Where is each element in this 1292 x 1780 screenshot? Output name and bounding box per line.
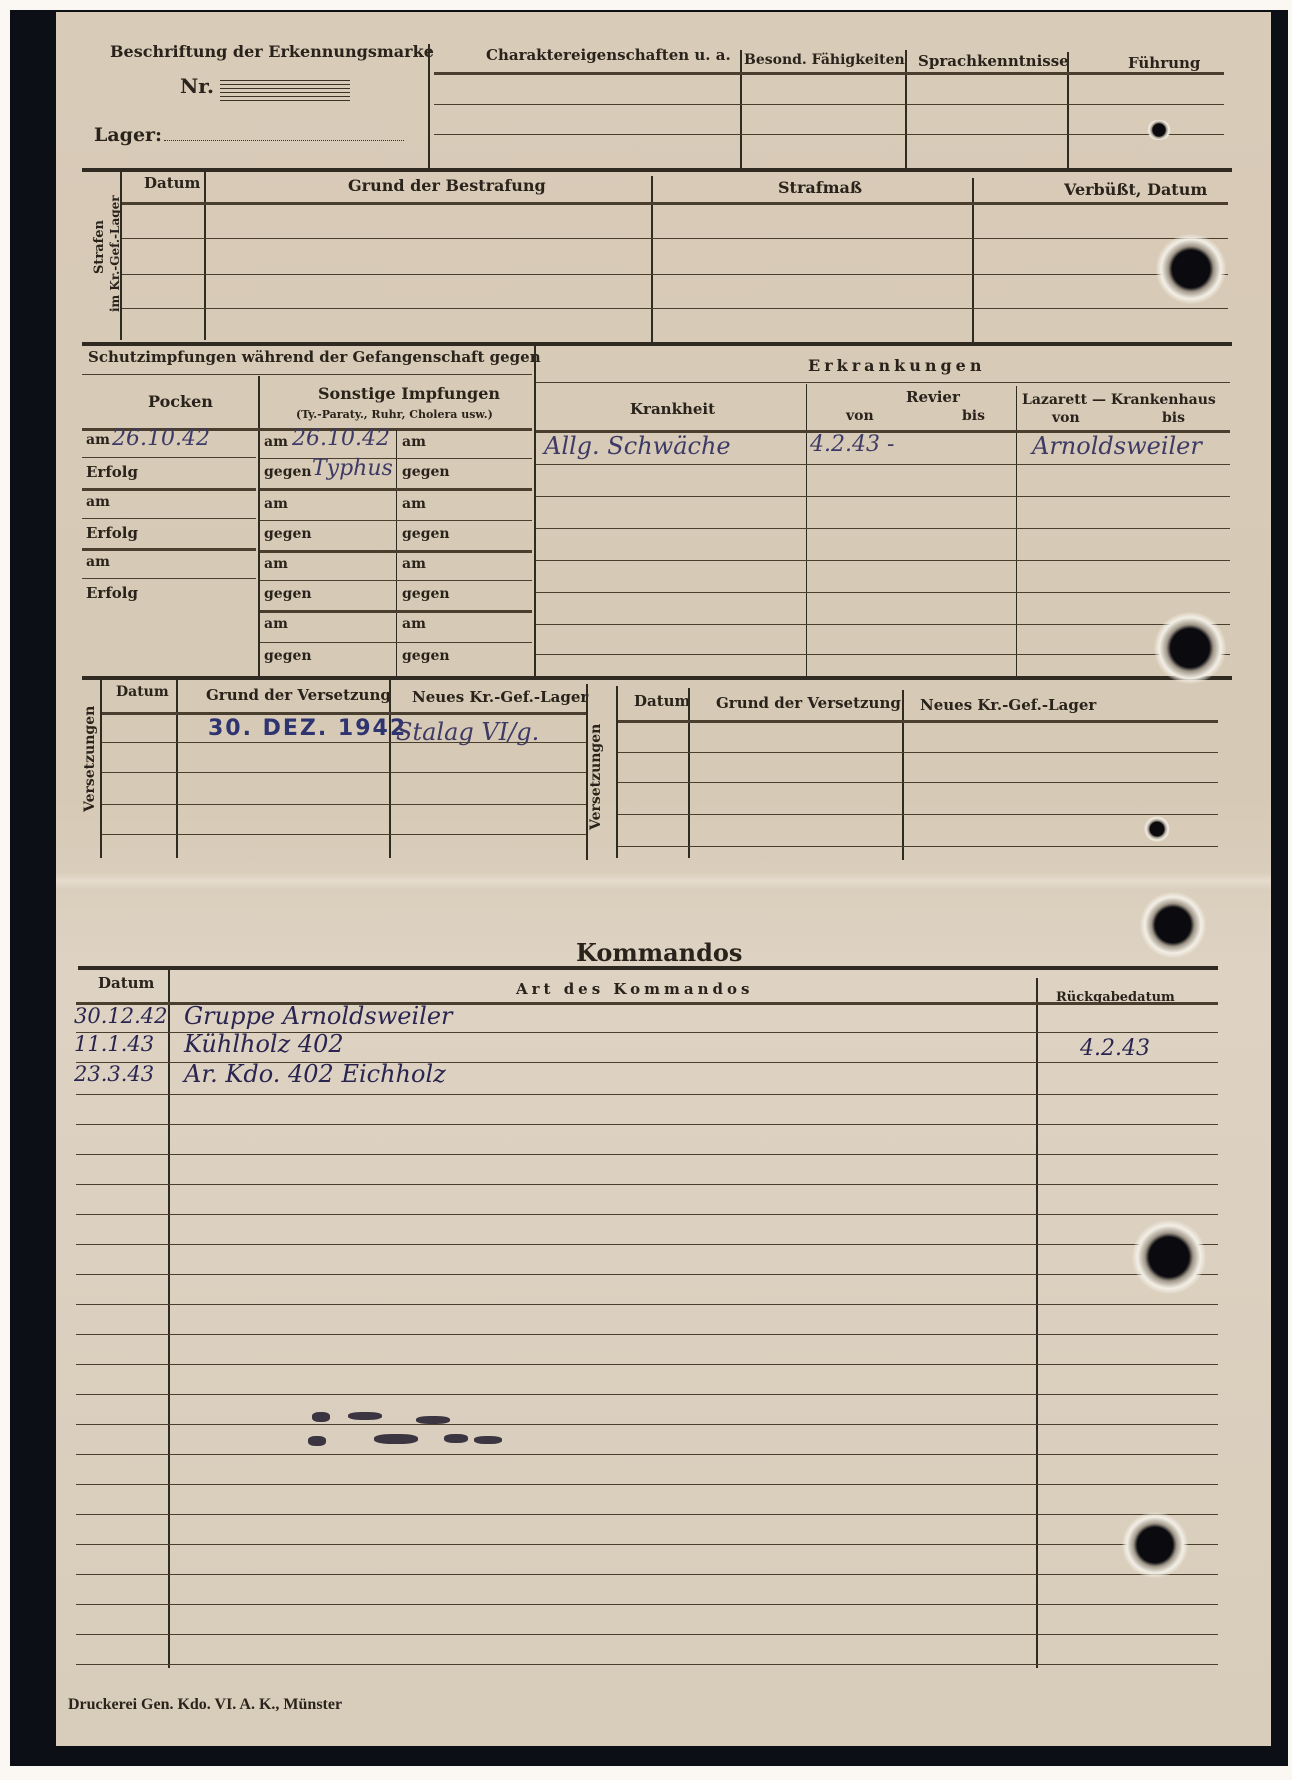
sonstige-am-3a: am (264, 556, 288, 572)
sonstige-gegen-4a: gegen (264, 648, 312, 664)
revier-von: von (846, 408, 874, 424)
versetz-right-col-grund: Grund der Versetzung (716, 694, 901, 712)
revier-label: Revier (906, 388, 960, 406)
pocken-am-3: am (86, 554, 110, 570)
col-fuehrung: Führung (1128, 54, 1200, 72)
bullet-hole-small (1144, 816, 1170, 842)
kommando-2-art: Kühlholz 402 (184, 1030, 344, 1058)
date-stamp: 30. DEZ. 1942 (208, 716, 407, 741)
ink-stain (312, 1412, 330, 1422)
sonstige-gegen-3a: gegen (264, 586, 312, 602)
lazarett-bis: bis (1162, 410, 1185, 426)
krankheit-handwritten: Allg. Schwäche (544, 432, 731, 460)
pocken-erfolg-3: Erfolg (86, 584, 138, 602)
sonstige-gegen-1b: gegen (402, 464, 450, 480)
strafen-col-strafmass: Strafmaß (778, 178, 862, 197)
pocken-am-1: am (86, 432, 110, 448)
bullet-hole-small (1146, 120, 1172, 140)
kommando-2-datum: 11.1.43 (74, 1032, 154, 1056)
record-card: Beschriftung der Erkennungsmarke Nr. Lag… (56, 12, 1271, 1746)
revier-bis: bis (962, 408, 985, 424)
sonstige-gegen-handwritten: Typhus (312, 456, 393, 481)
bullet-hole (1132, 1220, 1206, 1294)
versetz-left-col-datum: Datum (116, 684, 169, 700)
krankheit-label: Krankheit (630, 400, 715, 418)
versetz-right-col-lager: Neues Kr.-Gef.-Lager (920, 696, 1096, 714)
ink-stain (444, 1434, 468, 1443)
sonstige-gegen-1a: gegen (264, 464, 312, 480)
kommandos-title: Kommandos (576, 938, 742, 967)
versetz-left-col-lager: Neues Kr.-Gef.-Lager (412, 688, 588, 706)
versetz-left-col-grund: Grund der Versetzung (206, 686, 391, 704)
lazarett-von: von (1052, 410, 1080, 426)
col-sprachkenntnisse: Sprachkenntnisse (918, 52, 1069, 70)
pocken-date-handwritten: 26.10.42 (112, 426, 210, 451)
printer-footer: Druckerei Gen. Kdo. VI. A. K., Münster (68, 1696, 342, 1714)
ink-stain (374, 1434, 418, 1444)
bullet-hole (1154, 612, 1226, 684)
sonstige-gegen-4b: gegen (402, 648, 450, 664)
nr-field[interactable] (220, 80, 350, 102)
kommandos-col-art: Art des Kommandos (516, 980, 753, 998)
erkrankungen-title: Erkrankungen (808, 356, 986, 375)
kommando-3-art: Ar. Kdo. 402 Eichholz (184, 1060, 446, 1088)
col-charakter: Charaktereigenschaften u. a. (486, 46, 731, 64)
sonstige-am-2b: am (402, 496, 426, 512)
erkennungsmarke-label: Beschriftung der Erkennungsmarke (110, 42, 434, 61)
lazarett-handwritten: Arnoldsweiler (1032, 432, 1202, 460)
ink-stain (348, 1412, 382, 1420)
pocken-am-2: am (86, 494, 110, 510)
ink-stain (308, 1436, 326, 1446)
strafen-col-datum: Datum (144, 174, 200, 192)
sonstige-am-4a: am (264, 616, 288, 632)
versetzungen-side-label-left: Versetzungen (82, 706, 98, 812)
sonstige-label: Sonstige Impfungen (318, 384, 500, 403)
sonstige-gegen-2a: gegen (264, 526, 312, 542)
sonstige-am-1b: am (402, 434, 426, 450)
nr-label: Nr. (180, 74, 214, 98)
sonstige-am-2a: am (264, 496, 288, 512)
col-faehigkeiten: Besond. Fähigkeiten (744, 52, 905, 68)
bullet-hole (1156, 234, 1226, 304)
sonstige-sub: (Ty.-Paraty., Ruhr, Cholera usw.) (296, 408, 493, 421)
kommando-2-rueckgabe: 4.2.43 (1080, 1036, 1150, 1061)
strafen-col-grund: Grund der Bestrafung (348, 176, 546, 195)
pocken-erfolg-1: Erfolg (86, 463, 138, 481)
sonstige-am-3b: am (402, 556, 426, 572)
strafen-col-verbuesst: Verbüßt, Datum (1064, 180, 1207, 199)
kommando-1-art: Gruppe Arnoldsweiler (184, 1002, 453, 1030)
sonstige-gegen-2b: gegen (402, 526, 450, 542)
sonstige-date-handwritten: 26.10.42 (292, 426, 390, 451)
sonstige-am-1a: am (264, 434, 288, 450)
revier-von-handwritten: 4.2.43 - (810, 432, 894, 457)
lazarett-label: Lazarett — Krankenhaus (1022, 392, 1216, 408)
sonstige-am-4b: am (402, 616, 426, 632)
kommando-3-datum: 23.3.43 (74, 1062, 154, 1086)
bullet-hole (1140, 892, 1206, 958)
versetzungen-side-label-right: Versetzungen (588, 724, 604, 830)
impfungen-title: Schutzimpfungen während der Gefangenscha… (88, 348, 541, 366)
pocken-erfolg-2: Erfolg (86, 524, 138, 542)
ink-stain (474, 1436, 502, 1444)
sonstige-gegen-3b: gegen (402, 586, 450, 602)
lager-label: Lager: (94, 124, 162, 146)
paper-fold (56, 872, 1271, 890)
kommando-1-datum: 30.12.42 (74, 1004, 168, 1028)
ink-stain (416, 1416, 450, 1424)
lager-field[interactable] (164, 140, 404, 141)
versetz-right-col-datum: Datum (634, 692, 690, 710)
strafen-side-label-1: Strafen (92, 220, 107, 274)
kommandos-col-datum: Datum (98, 974, 154, 992)
pocken-label: Pocken (148, 392, 213, 411)
bullet-hole (1122, 1512, 1188, 1578)
